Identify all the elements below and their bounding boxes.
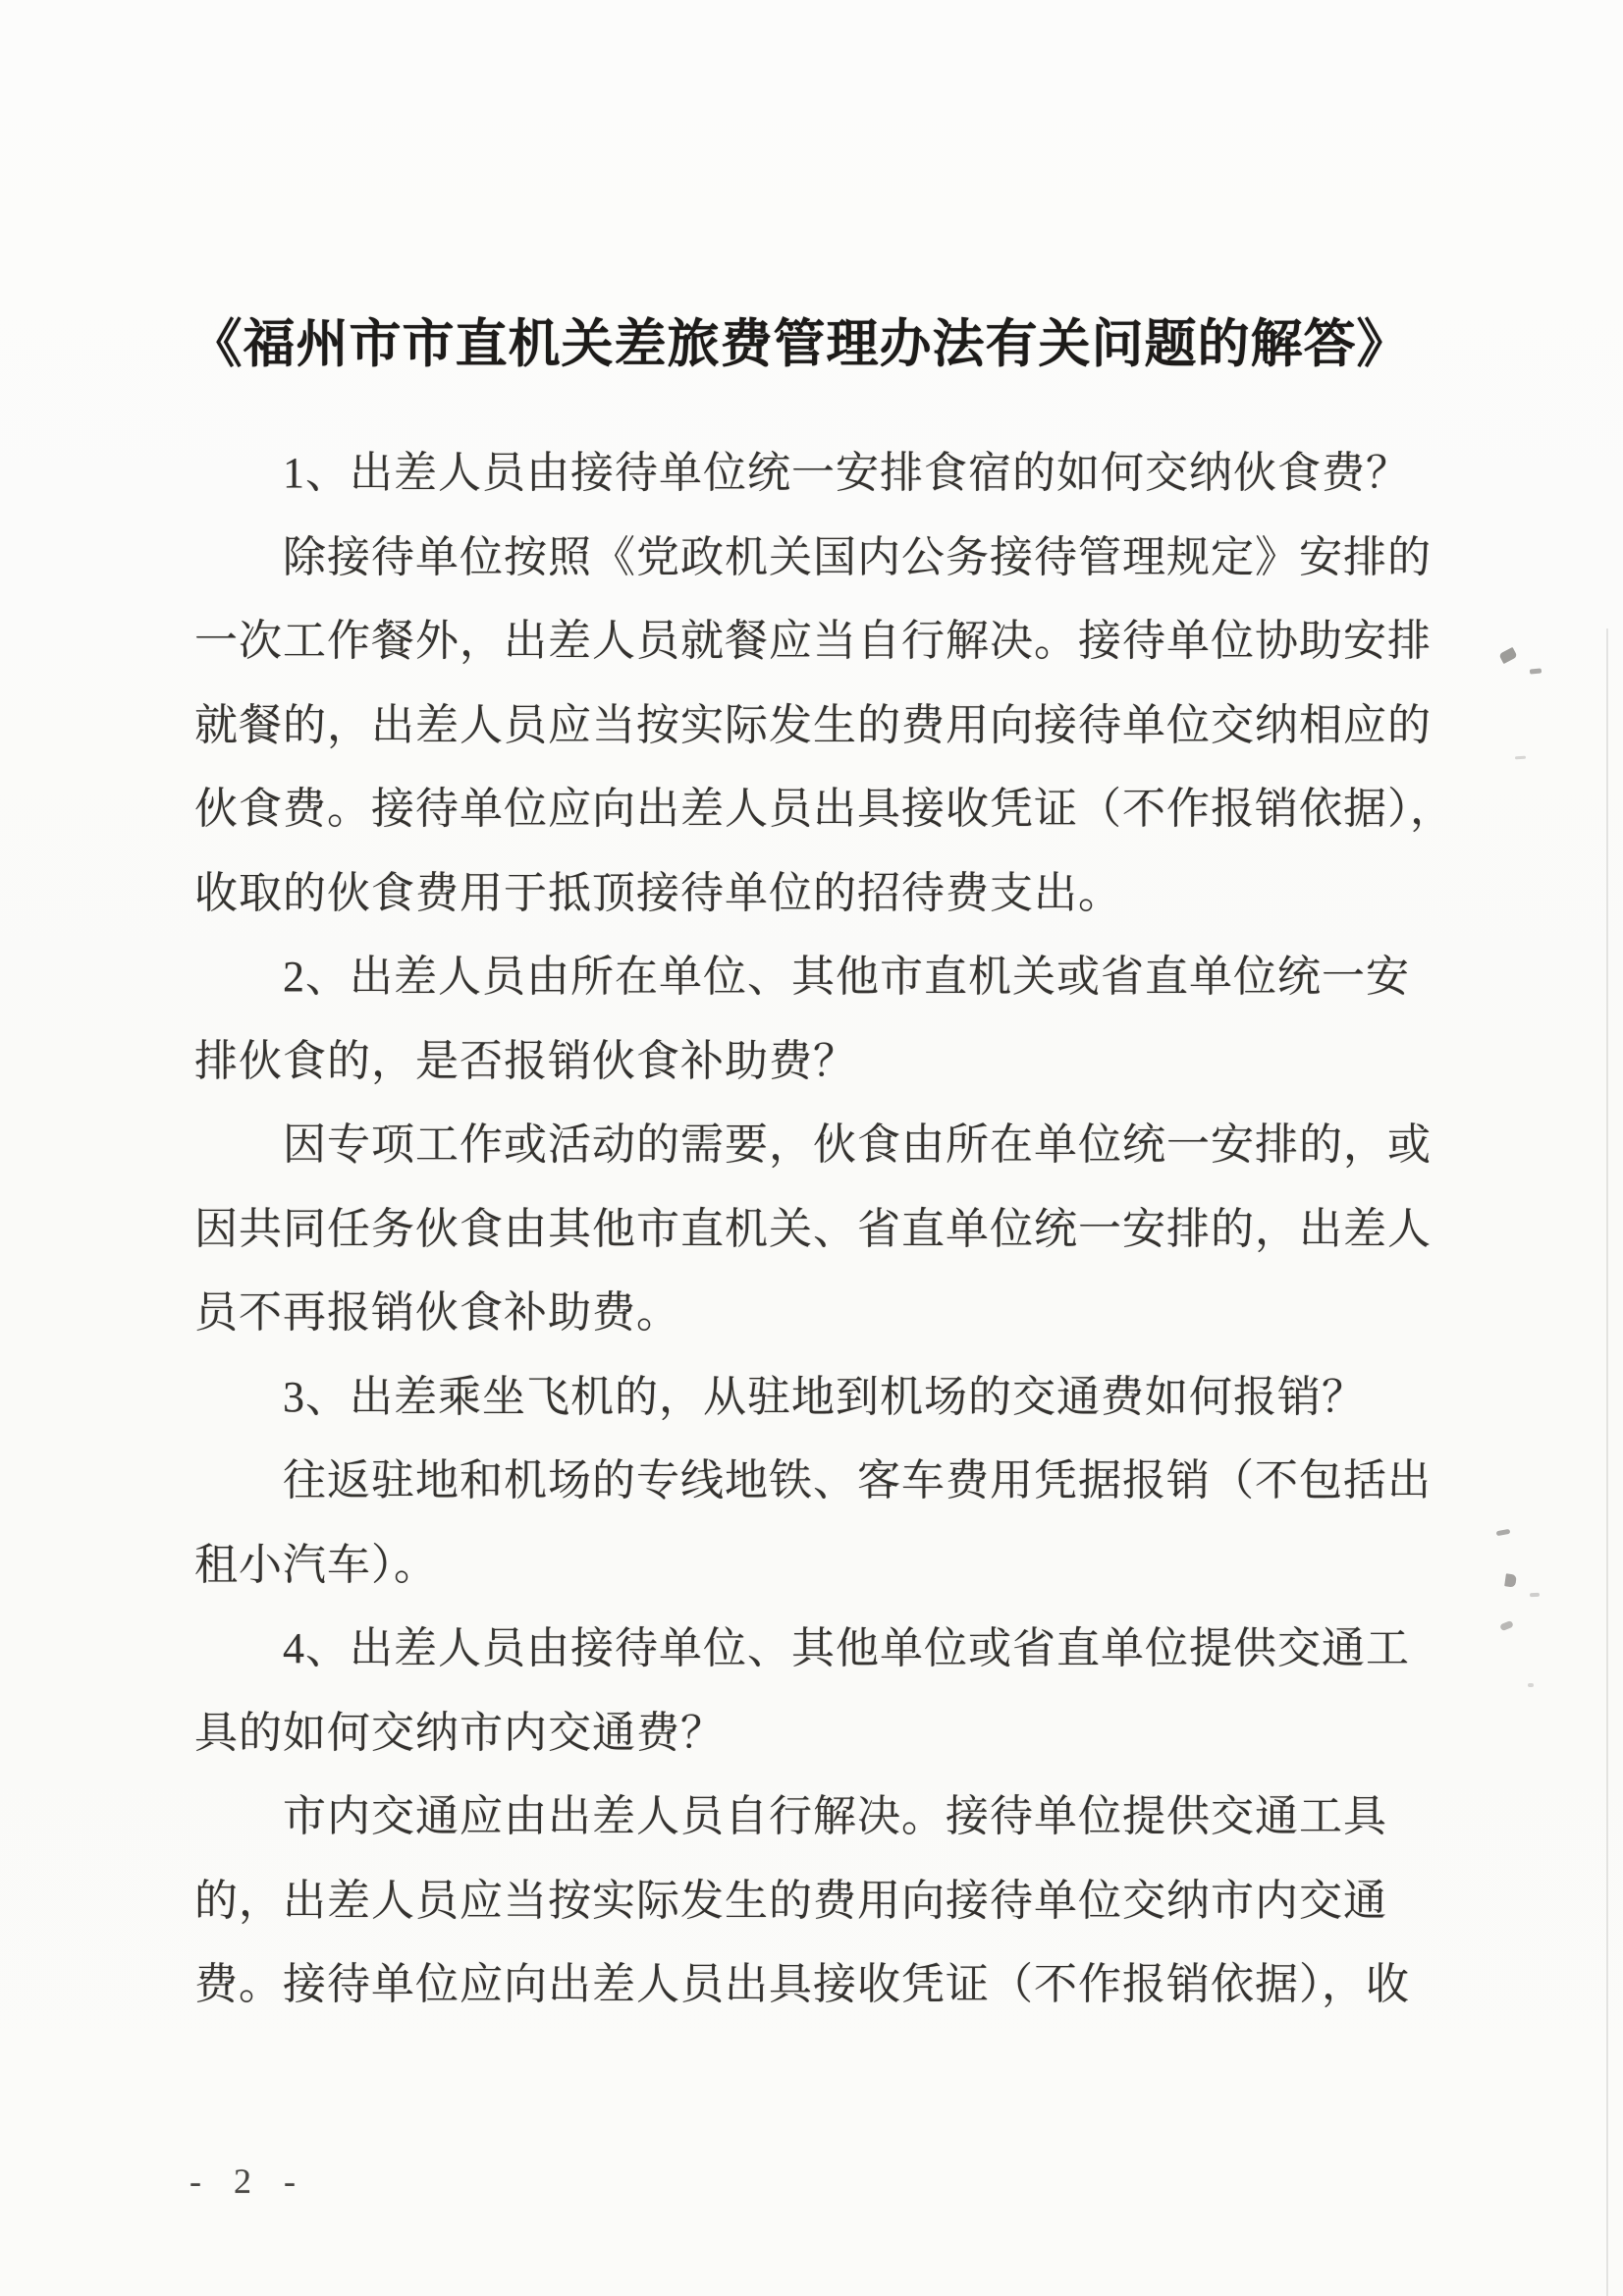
- text-line: 因专项工作或活动的需要，伙食由所在单位统一安排的，或: [194, 1103, 1500, 1187]
- text-line: 就餐的，出差人员应当按实际发生的费用向接待单位交纳相应的: [194, 683, 1500, 768]
- text-line: 一次工作餐外，出差人员就餐应当自行解决。接待单位协助安排: [194, 599, 1500, 683]
- text-line: 1、出差人员由接待单位统一安排食宿的如何交纳伙食费？: [194, 431, 1500, 516]
- scan-artifact: [1530, 1593, 1540, 1598]
- scan-artifact: [1498, 647, 1517, 664]
- text-line: 收取的伙食费用于抵顶接待单位的招待费支出。: [194, 851, 1500, 936]
- text-line: 3、出差乘坐飞机的，从驻地到机场的交通费如何报销？: [194, 1355, 1500, 1440]
- scan-edge-line: [1606, 629, 1608, 2296]
- scan-artifact: [1528, 1683, 1534, 1687]
- scan-artifact: [1530, 668, 1542, 674]
- scan-artifact: [1496, 1529, 1511, 1536]
- text-line: 伙食费。接待单位应向出差人员出具接收凭证（不作报销依据），: [194, 767, 1500, 851]
- text-line: 的，出差人员应当按实际发生的费用向接待单位交纳市内交通: [194, 1859, 1500, 1943]
- text-line: 租小汽车）。: [194, 1523, 1500, 1608]
- text-line: 员不再报销伙食补助费。: [194, 1271, 1500, 1355]
- scan-artifact: [1504, 1573, 1517, 1587]
- scan-artifact: [1499, 1620, 1514, 1631]
- text-line: 往返驻地和机场的专线地铁、客车费用凭据报销（不包括出: [194, 1439, 1500, 1523]
- text-line: 具的如何交纳市内交通费？: [194, 1691, 1500, 1776]
- page-number: - 2 -: [189, 2160, 307, 2202]
- document-title: 《福州市市直机关差旅费管理办法有关问题的解答》: [0, 302, 1611, 377]
- scanned-document-page: 《福州市市直机关差旅费管理办法有关问题的解答》 1、出差人员由接待单位统一安排食…: [0, 0, 1623, 2296]
- text-line: 因共同任务伙食由其他市直机关、省直单位统一安排的，出差人: [194, 1187, 1500, 1272]
- document-body: 1、出差人员由接待单位统一安排食宿的如何交纳伙食费？除接待单位按照《党政机关国内…: [194, 431, 1500, 2027]
- text-line: 费。接待单位应向出差人员出具接收凭证（不作报销依据），收: [194, 1942, 1500, 2027]
- text-line: 除接待单位按照《党政机关国内公务接待管理规定》安排的: [194, 516, 1500, 600]
- text-line: 2、出差人员由所在单位、其他市直机关或省直单位统一安: [194, 935, 1500, 1019]
- scan-artifact: [1515, 756, 1526, 760]
- text-line: 市内交通应由出差人员自行解决。接待单位提供交通工具: [194, 1775, 1500, 1859]
- text-line: 排伙食的，是否报销伙食补助费？: [194, 1019, 1500, 1104]
- text-line: 4、出差人员由接待单位、其他单位或省直单位提供交通工: [194, 1607, 1500, 1691]
